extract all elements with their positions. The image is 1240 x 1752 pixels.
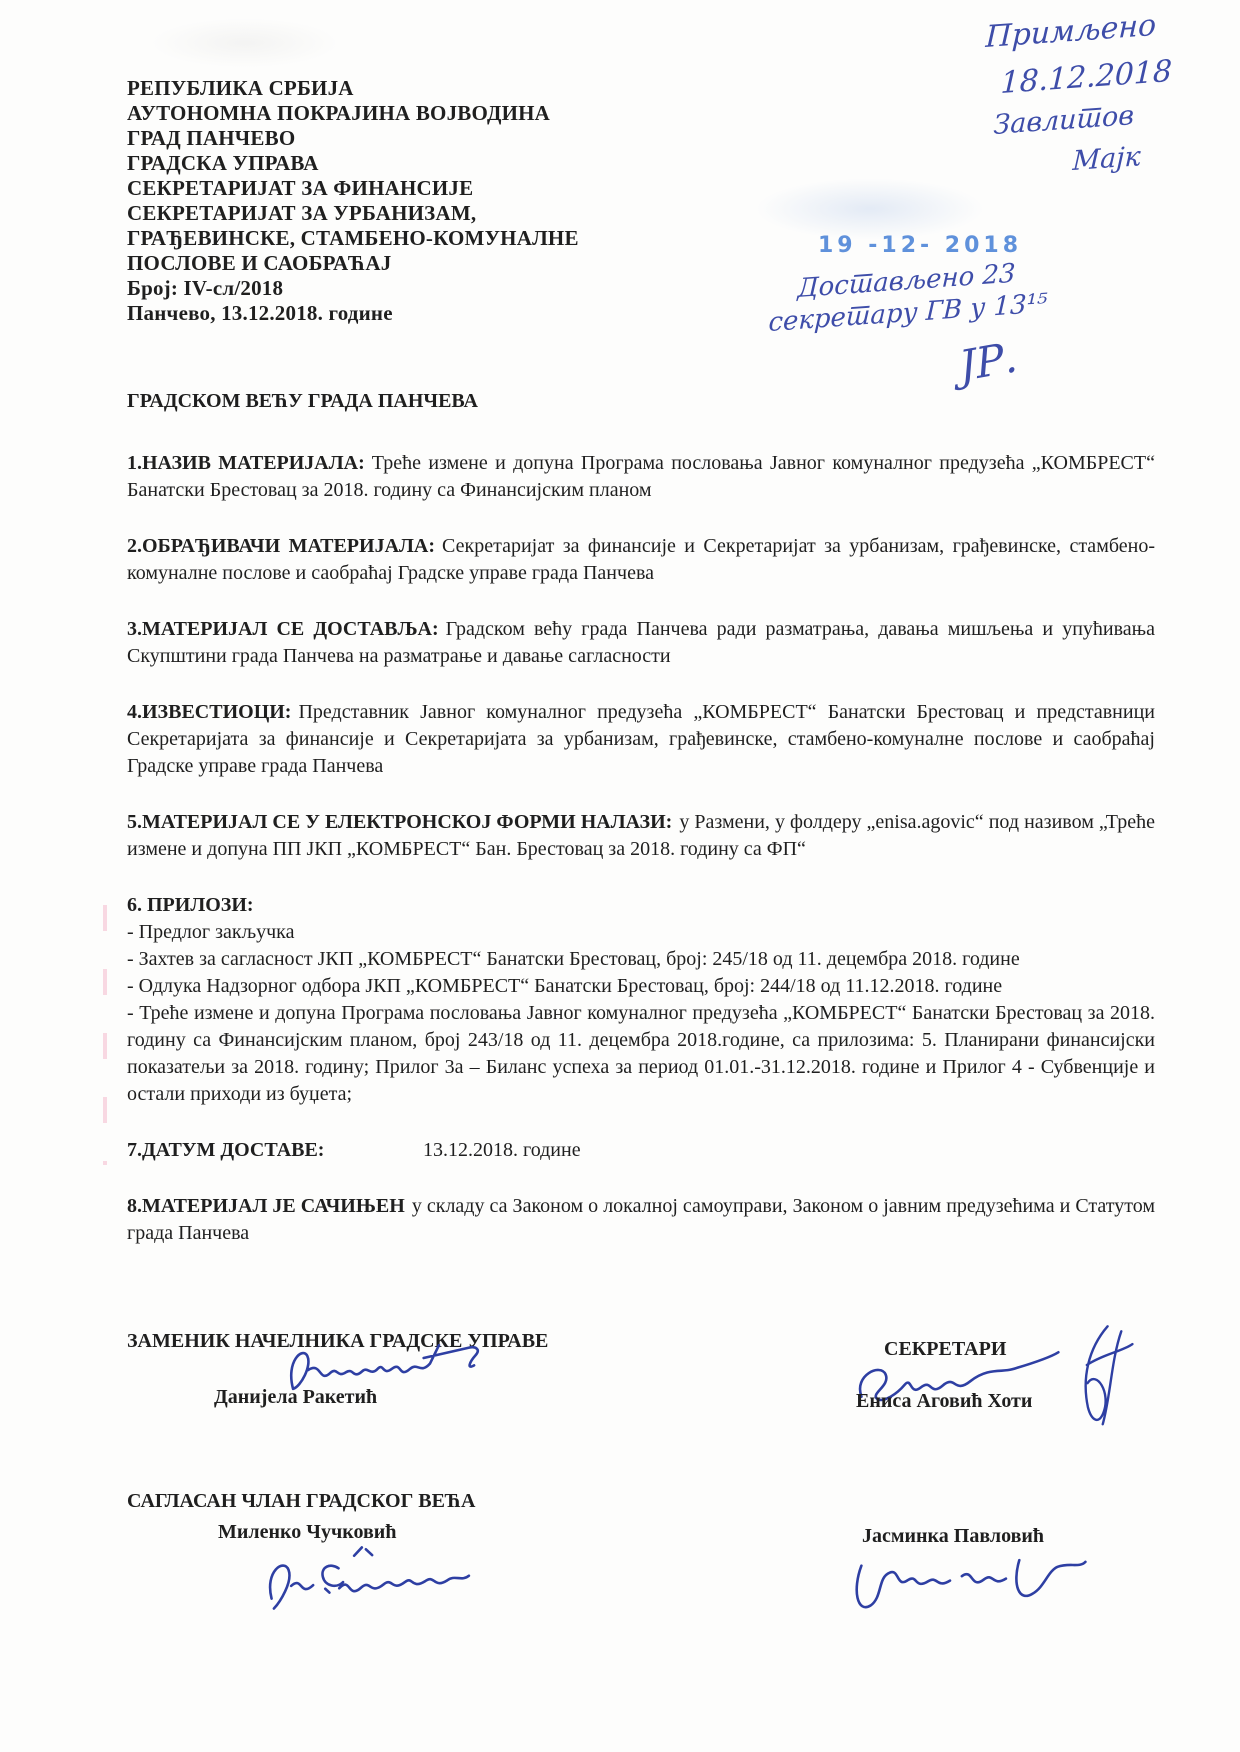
section-5: 5.МАТЕРИЈАЛ СЕ У ЕЛЕКТРОНСКОЈ ФОРМИ НАЛА… [127, 809, 1155, 863]
attachment-item: - Предлог закључка [127, 919, 1155, 946]
letterhead-line: ГРАДСКА УПРАВА [127, 151, 579, 176]
section-1: 1.НАЗИВ МАТЕРИЈАЛА:Треће измене и допуна… [127, 450, 1155, 504]
letterhead-line: РЕПУБЛИКА СРБИЈА [127, 76, 579, 101]
section-4: 4.ИЗВЕСТИОЦИ:Представник Јавног комуналн… [127, 699, 1155, 780]
letterhead-line: СЕКРЕТАРИЈАТ ЗА ФИНАНСИЈЕ [127, 176, 579, 201]
letterhead-line: ГРАД ПАНЧЕВО [127, 126, 579, 151]
scan-pink-artifact [103, 905, 107, 1165]
section-4-label: 4.ИЗВЕСТИОЦИ: [127, 701, 291, 723]
attachment-item: - Одлука Надзорног одбора ЈКП „КОМБРЕСТ“… [127, 973, 1155, 1000]
attachment-item: - Захтев за сагласност ЈКП „КОМБРЕСТ“ Ба… [127, 946, 1155, 973]
council-member-title: САГЛАСАН ЧЛАН ГРАДСКОГ ВЕЋА [127, 1490, 475, 1513]
scan-smudge [150, 18, 340, 68]
section-3-label: 3.МАТЕРИЈАЛ СЕ ДОСТАВЉА: [127, 618, 439, 640]
letterhead-line: ГРАЂЕВИНСКЕ, СТАМБЕНО-КОМУНАЛНЕ [127, 226, 579, 251]
deputy-name: Данијела Ракетић [214, 1386, 377, 1409]
section-7: 7.ДАТУМ ДОСТАВЕ:13.12.2018. године [127, 1137, 1155, 1164]
received-note-line: Завлитов [993, 100, 1135, 141]
stamp-ink-smudge [755, 178, 985, 240]
section-8-label: 8.МАТЕРИЈАЛ ЈЕ САЧИЊЕН [127, 1195, 405, 1217]
date-stamp: 19 -12- 2018 [818, 233, 1022, 258]
letterhead-line: АУТОНОМНА ПОКРАЈИНА ВОЈВОДИНА [127, 101, 579, 126]
section-2: 2.ОБРАЂИВАЧИ МАТЕРИЈАЛА:Секретаријат за … [127, 533, 1155, 587]
section-7-label: 7.ДАТУМ ДОСТАВЕ: [127, 1137, 423, 1164]
council-member-name: Миленко Чучковић [218, 1521, 396, 1544]
section-3: 3.МАТЕРИЈАЛ СЕ ДОСТАВЉА:Градском већу гр… [127, 616, 1155, 670]
received-note-line: Примљено [985, 8, 1157, 55]
letterhead-line: ПОСЛОВЕ И САОБРАЋАЈ [127, 251, 579, 276]
delivery-note-initials: ЈР. [957, 332, 1020, 391]
jasminka-signature [841, 1542, 1093, 1621]
document-body: ГРАДСКОМ ВЕЋУ ГРАДА ПАНЧЕВА 1.НАЗИВ МАТЕ… [127, 388, 1155, 1276]
secretaries-name: Ениса Аговић Хоти [856, 1390, 1032, 1413]
place-and-date: Панчево, 13.12.2018. године [127, 301, 579, 326]
letterhead: РЕПУБЛИКА СРБИЈА АУТОНОМНА ПОКРАЈИНА ВОЈ… [127, 76, 579, 326]
secretary-flourish-signature [1062, 1318, 1140, 1438]
received-note-line: Мајк [1072, 141, 1141, 177]
cuckovic-signature [254, 1539, 496, 1622]
addressee: ГРАДСКОМ ВЕЋУ ГРАДА ПАНЧЕВА [127, 388, 1155, 415]
letterhead-line: СЕКРЕТАРИЈАТ ЗА УРБАНИЗАМ, [127, 201, 579, 226]
section-7-text: 13.12.2018. године [423, 1139, 581, 1161]
section-6-label: 6. ПРИЛОЗИ: [127, 892, 1155, 919]
section-8: 8.МАТЕРИЈАЛ ЈЕ САЧИЊЕНу складу са Законо… [127, 1193, 1155, 1247]
scanned-document-page: РЕПУБЛИКА СРБИЈА АУТОНОМНА ПОКРАЈИНА ВОЈ… [0, 0, 1240, 1752]
section-6-attachments: 6. ПРИЛОЗИ: - Предлог закључка - Захтев … [127, 892, 1155, 1108]
section-1-label: 1.НАЗИВ МАТЕРИЈАЛА: [127, 452, 365, 474]
attachment-item: - Треће измене и допуна Програма послова… [127, 1000, 1155, 1108]
received-note-date: 18.12.2018 [1000, 54, 1173, 101]
section-2-label: 2.ОБРАЂИВАЧИ МАТЕРИЈАЛА: [127, 535, 435, 557]
section-5-label: 5.МАТЕРИЈАЛ СЕ У ЕЛЕКТРОНСКОЈ ФОРМИ НАЛА… [127, 811, 672, 833]
document-number: Број: IV-сл/2018 [127, 276, 579, 301]
